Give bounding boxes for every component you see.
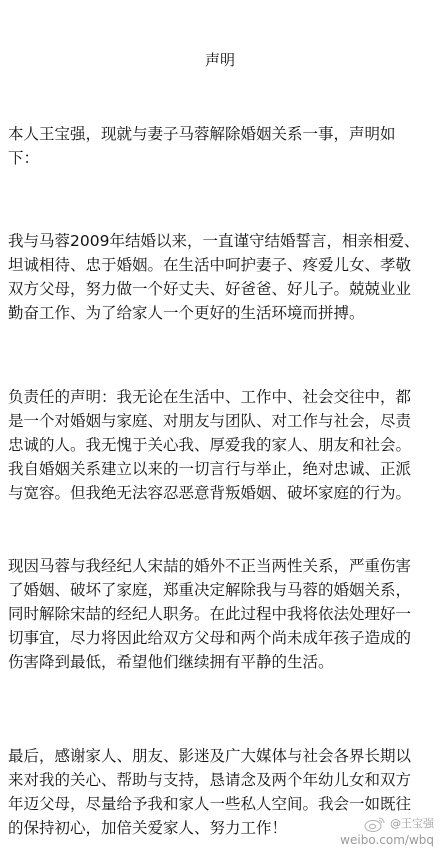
text-line: 下： (8, 146, 434, 170)
text-line: 忠诚的人。我无愧于关心我、厚爱我的家人、朋友和社会。 (8, 433, 434, 457)
text-line: 我自婚姻关系建立以来的一切言行与举止，绝对忠诚、正派 (8, 457, 434, 481)
text-line: 双方父母，努力做一个好丈夫、好爸爸、好儿子。兢兢业业 (8, 277, 434, 301)
text-line: 勤奋工作、为了给家人一个更好的生活环境而拼搏。 (8, 301, 434, 325)
text-line: 年迈父母，尽量给予我和家人一些私人空间。我会一如既往 (8, 792, 434, 816)
weibo-url: weibo.com/wbq (324, 832, 434, 848)
paragraph-responsibility: 负责任的声明：我无论在生活中、工作中、社会交往中，都 是一个对婚姻与家庭、对朋友… (8, 385, 434, 505)
weibo-handle: @王宝强 (390, 817, 434, 831)
text-line: 本人王宝强，现就与妻子马蓉解除婚姻关系一事，声明如 (8, 122, 434, 146)
paragraph-intro: 本人王宝强，现就与妻子马蓉解除婚姻关系一事，声明如 下： (8, 122, 434, 170)
text-line: 来对我的关心、帮助与支持，恳请念及两个年幼儿女和双方 (8, 768, 434, 792)
text-line: 伤害降到最低，希望他们继续拥有平静的生活。 (8, 650, 434, 674)
text-line: 与宽容。但我绝无法容忍恶意背叛婚姻、破坏家庭的行为。 (8, 481, 434, 505)
weibo-logo-icon (364, 816, 386, 832)
text-line: 坦诚相待、忠于婚姻。在生活中呵护妻子、疼爱儿女、孝敬 (8, 253, 434, 277)
statement-title: 声明 (0, 50, 440, 70)
text-line: 负责任的声明：我无论在生活中、工作中、社会交往中，都 (8, 385, 434, 409)
text-line: 是一个对婚姻与家庭、对朋友与团队、对工作与社会，尽责 (8, 409, 434, 433)
text-line: 切事宜，尽力将因此给双方父母和两个尚未成年孩子造成的 (8, 626, 434, 650)
paragraph-decision: 现因马蓉与我经纪人宋喆的婚外不正当两性关系，严重伤害 了婚姻、破坏了家庭，郑重决… (8, 554, 434, 674)
text-line: 同时解除宋喆的经纪人职务。在此过程中我将依法处理好一 (8, 602, 434, 626)
text-line: 现因马蓉与我经纪人宋喆的婚外不正当两性关系，严重伤害 (8, 554, 434, 578)
text-line: 最后，感谢家人、朋友、影迷及广大媒体与社会各界长期以 (8, 744, 434, 768)
text-line: 我与马蓉2009年结婚以来，一直谨守结婚誓言，相亲相爱、 (8, 229, 434, 253)
weibo-watermark: @王宝强 weibo.com/wbq (324, 816, 434, 848)
text-line: 了婚姻、破坏了家庭，郑重决定解除我与马蓉的婚姻关系， (8, 578, 434, 602)
paragraph-marriage: 我与马蓉2009年结婚以来，一直谨守结婚誓言，相亲相爱、 坦诚相待、忠于婚姻。在… (8, 229, 434, 325)
